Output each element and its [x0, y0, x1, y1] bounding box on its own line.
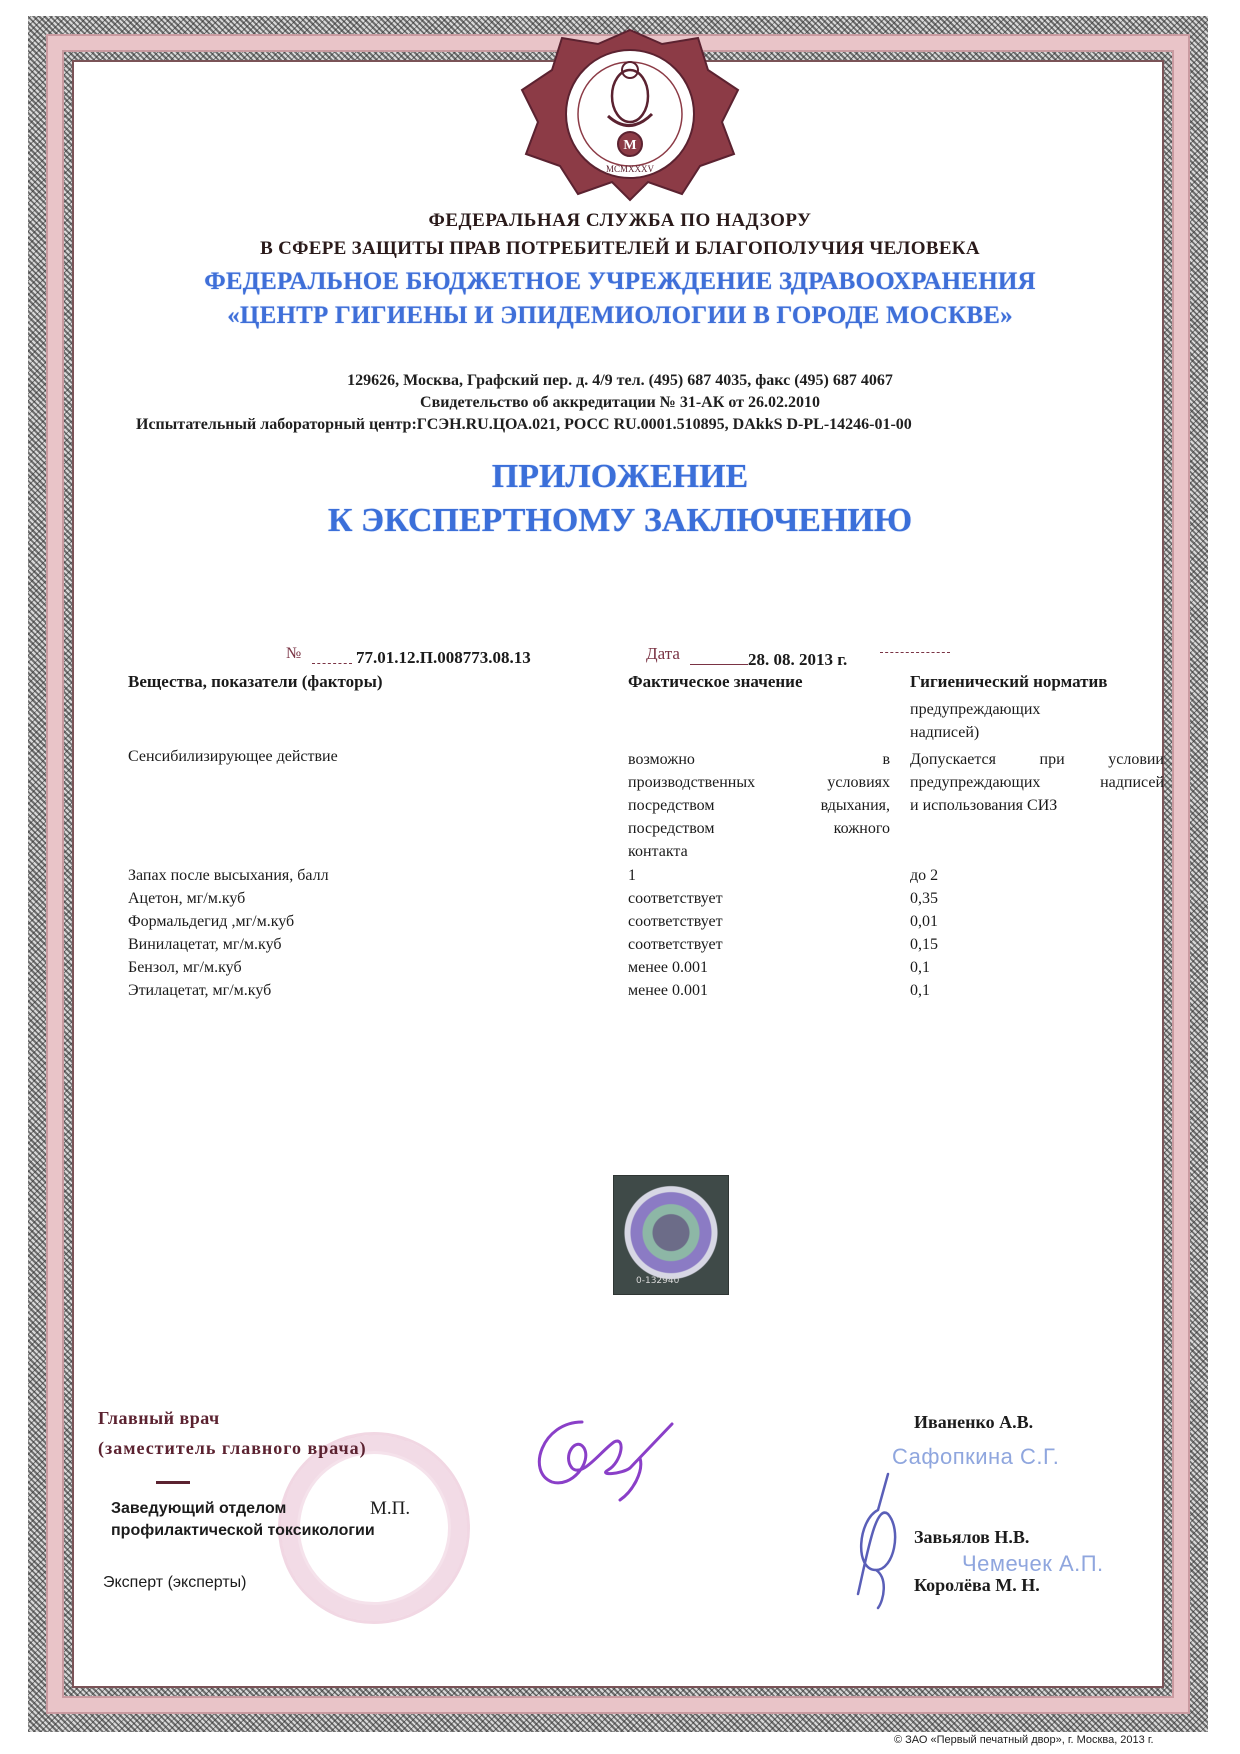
lab-center-line: Испытательный лабораторный центр:ГСЭН.RU… — [136, 416, 912, 434]
address-line: 129626, Москва, Графский пер. д. 4/9 тел… — [0, 372, 1240, 390]
norm-value: 0,15 — [910, 933, 1164, 956]
dept-head-name: Завьялов Н.В. — [914, 1527, 1029, 1548]
norm-value: до 2 — [910, 864, 1164, 887]
seal-place-label: М.П. — [370, 1498, 410, 1520]
chief-name: Иваненко А.В. — [914, 1412, 1033, 1433]
sensitizing-norm-line: Допускается при условии — [910, 748, 1164, 771]
sensitizing-actual-line: контакта — [628, 840, 890, 863]
sensitizing-actual-line: возможно в — [628, 748, 890, 771]
sensitizing-norm-line: и использования СИЗ — [910, 794, 1164, 817]
sensitizing-actual-line: посредством вдыхания, — [628, 794, 890, 817]
substance-name: Ацетон, мг/м.куб — [128, 887, 245, 910]
table-row-sensitizing-name: Сенсибилизирующее действие — [128, 748, 338, 766]
hologram-serial: 0-132940 — [636, 1276, 679, 1286]
substance-name: Формальдегид ,мг/м.куб — [128, 910, 294, 933]
norm-value: 0,01 — [910, 910, 1164, 933]
date-underline — [690, 664, 748, 665]
deputy-label: (заместитель главного врача) — [98, 1438, 367, 1459]
hologram-sticker: 0-132940 — [613, 1175, 729, 1295]
sensitizing-actual-line: посредством кожного — [628, 817, 890, 840]
dept-head-label-line1: Заведующий отделом — [111, 1500, 286, 1518]
substance-name: Винилацетат, мг/м.куб — [128, 933, 282, 956]
norm-value: 0,1 — [910, 956, 1164, 979]
dept-head-label-line2: профилактической токсикологии — [111, 1522, 375, 1540]
chief-doctor-label: Главный врач — [98, 1408, 220, 1429]
experts-label: Эксперт (эксперты) — [103, 1574, 247, 1592]
norm-subtitle-line2: надписей) — [910, 721, 1150, 744]
norm-subtitle-line1: предупреждающих — [910, 698, 1150, 721]
name-stamp-1: Сафопкина С.Г. — [892, 1444, 1059, 1470]
handwritten-signature-icon — [848, 1470, 918, 1610]
column-header-norm: Гигиенический норматив — [910, 672, 1107, 692]
substance-name: Бензол, мг/м.куб — [128, 956, 242, 979]
emblem-seal-icon: M MCMXXXV — [512, 26, 748, 202]
substance-name: Этилацетат, мг/м.куб — [128, 979, 271, 1002]
document-title-line2: К ЭКСПЕРТНОМУ ЗАКЛЮЧЕНИЮ — [0, 502, 1240, 540]
accreditation-line: Свидетельство об аккредитации № 31-АК от… — [0, 394, 1240, 412]
sensitizing-norm-line: предупреждающих надписей — [910, 771, 1164, 794]
actual-value: соответствует — [628, 933, 890, 956]
actual-value: соответствует — [628, 887, 890, 910]
expert-name: Королёва М. Н. — [914, 1575, 1040, 1596]
sensitizing-actual-line: производственных условиях — [628, 771, 890, 794]
actual-value: менее 0.001 — [628, 979, 890, 1002]
actual-value: соответствует — [628, 910, 890, 933]
handwritten-signature-icon — [522, 1412, 682, 1502]
agency-name-line1: ФЕДЕРАЛЬНАЯ СЛУЖБА ПО НАДЗОРУ — [0, 210, 1240, 232]
svg-text:MCMXXXV: MCMXXXV — [606, 164, 655, 174]
date-underline-tail — [880, 652, 950, 653]
document-number: 77.01.12.П.008773.08.13 — [356, 648, 531, 668]
actual-value: менее 0.001 — [628, 956, 890, 979]
number-label: № — [286, 645, 301, 663]
table-row-sensitizing-norm: Допускается при условиипредупреждающих н… — [910, 748, 1164, 817]
norm-value: 0,1 — [910, 979, 1164, 1002]
deputy-underline — [156, 1481, 190, 1484]
actual-value: 1 — [628, 864, 890, 887]
column-header-actual: Фактическое значение — [628, 672, 803, 692]
document-date: 28. 08. 2013 г. — [748, 650, 847, 670]
agency-name-line2: В СФЕРЕ ЗАЩИТЫ ПРАВ ПОТРЕБИТЕЛЕЙ И БЛАГО… — [0, 238, 1240, 260]
column-header-substance: Вещества, показатели (факторы) — [128, 672, 383, 692]
printer-copyright: © ЗАО «Первый печатный двор», г. Москва,… — [894, 1734, 1154, 1746]
certificate-page: M MCMXXXV ФЕДЕРАЛЬНАЯ СЛУЖБА ПО НАДЗОРУ … — [0, 0, 1240, 1754]
institution-name-line1: ФЕДЕРАЛЬНОЕ БЮДЖЕТНОЕ УЧРЕЖДЕНИЕ ЗДРАВОО… — [0, 268, 1240, 296]
date-label: Дата — [646, 644, 680, 664]
column-header-norm-subtitle: предупреждающих надписей) — [910, 698, 1150, 744]
table-row-sensitizing-actual: возможно впроизводственных условияхпосре… — [628, 748, 890, 863]
document-title-line1: ПРИЛОЖЕНИЕ — [0, 458, 1240, 496]
name-stamp-2: Чемечек А.П. — [962, 1551, 1104, 1577]
substance-name: Запах после высыхания, балл — [128, 864, 329, 887]
svg-text:M: M — [623, 138, 636, 153]
institution-name-line2: «ЦЕНТР ГИГИЕНЫ И ЭПИДЕМИОЛОГИИ В ГОРОДЕ … — [0, 302, 1240, 330]
number-underline — [312, 663, 352, 664]
norm-value: 0,35 — [910, 887, 1164, 910]
